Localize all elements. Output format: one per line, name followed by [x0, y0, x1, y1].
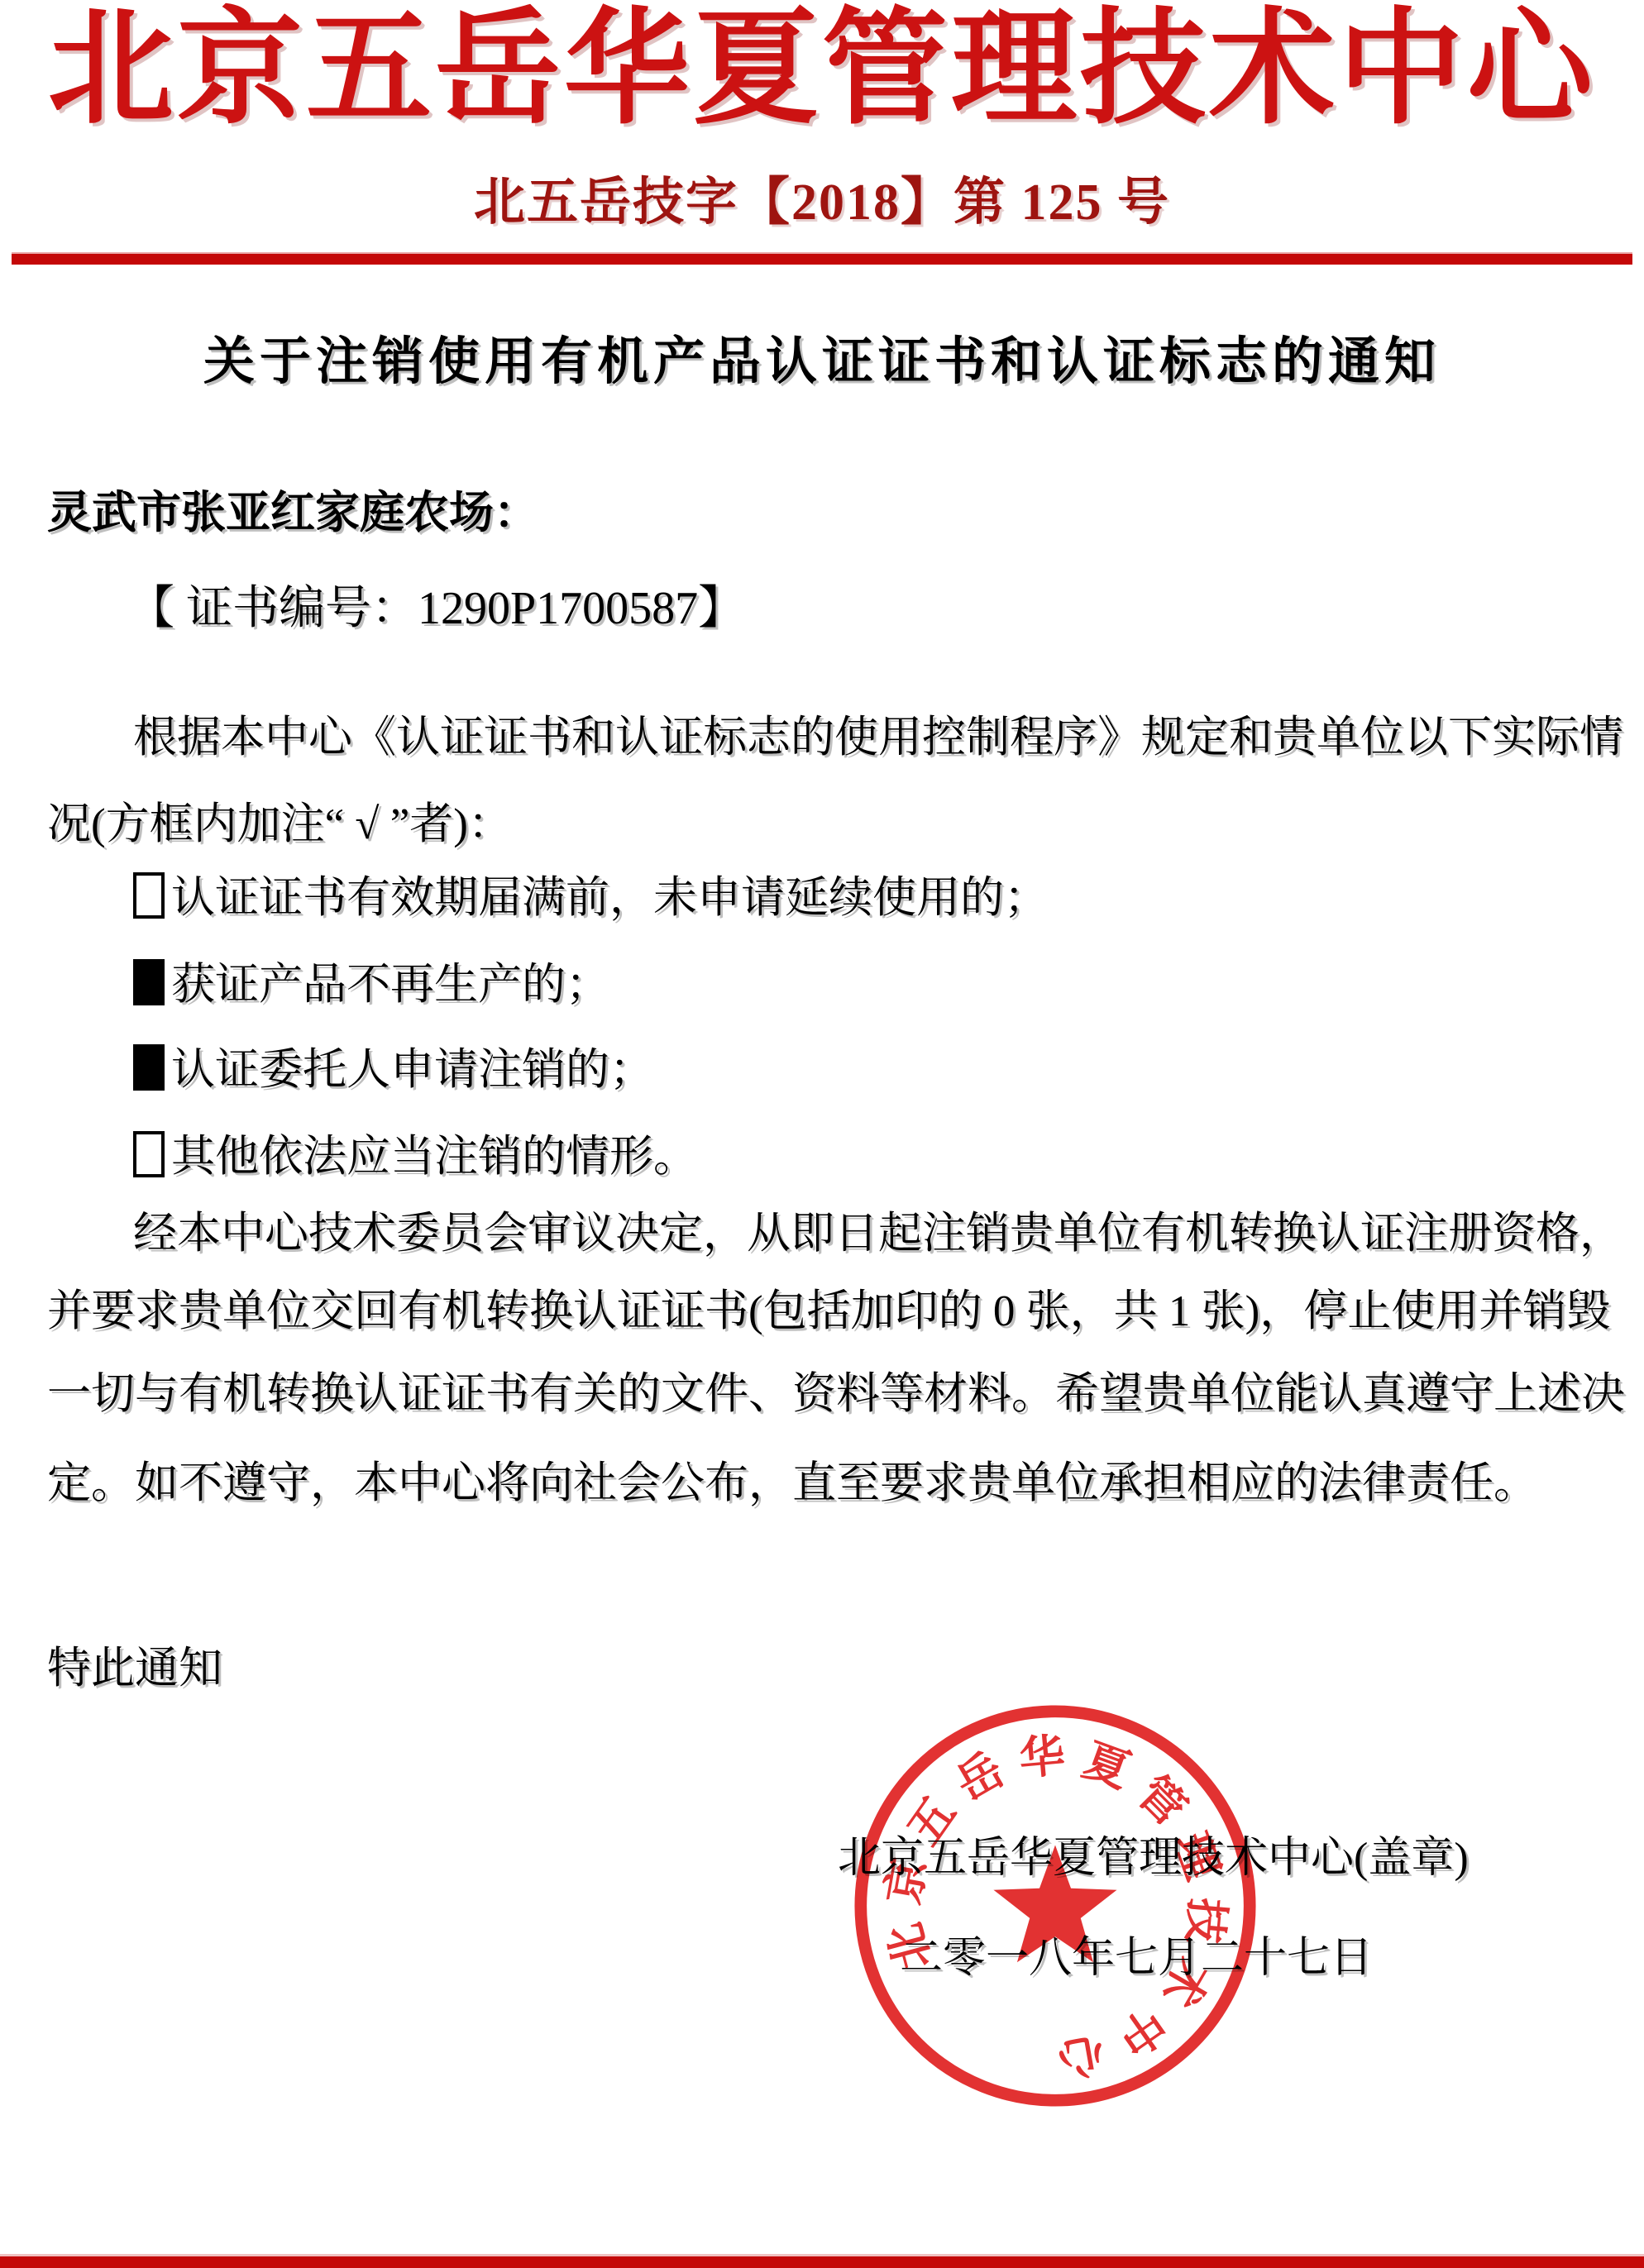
checkbox-icon — [133, 872, 165, 919]
checkbox-label: 认证证书有效期届满前，未申请延续使用的； — [171, 874, 1048, 922]
seal-char: 心 — [1053, 2027, 1108, 2085]
body-line-para2-3: 一切与有机转换认证证书有关的文件、资料等材料。希望贵单位能认真遵守上述决 — [47, 1364, 1625, 1424]
body-line-para2-1: 经本中心技术委员会审议决定，从即日起注销贵单位有机转换认证注册资格， — [133, 1204, 1623, 1263]
signature-line: 北京五岳华夏管理技术中心(盖章) — [838, 1831, 1469, 1886]
addressee: 灵武市张亚红家庭农场： — [47, 486, 538, 539]
checkbox-row: 其他依法应当注销的情形。 — [133, 1127, 697, 1187]
seal-char: 夏 — [1077, 1735, 1136, 1798]
footer-rule — [0, 2256, 1644, 2268]
document-number: 北五岳技字【2018】第 125 号 — [0, 170, 1644, 236]
seal-char: 岳 — [948, 1744, 1012, 1810]
body-line-para1-1: 根据本中心《认证证书和认证标志的使用控制程序》规定和贵单位以下实际情 — [133, 708, 1623, 767]
checkbox-row: 认证委托人申请注销的； — [133, 1040, 653, 1100]
checkbox-row: 获证产品不再生产的； — [133, 955, 609, 1015]
checkbox-icon — [133, 959, 165, 1005]
checkbox-icon — [133, 1044, 165, 1091]
body-line-para2-4: 定。如不遵守，本中心将向社会公布，直至要求贵单位承担相应的法律责任。 — [47, 1454, 1537, 1513]
seal-char: 中 — [1109, 1998, 1175, 2065]
seal-char: 管 — [1128, 1767, 1196, 1835]
checkbox-icon — [133, 1131, 165, 1177]
certificate-number-line: 【 证书编号：1290P1700587】 — [128, 579, 744, 638]
checkbox-row: 认证证书有效期届满前，未申请延续使用的； — [133, 868, 1048, 928]
letterhead-title: 北京五岳华夏管理技术中心 — [0, 0, 1644, 139]
document-page: 北京五岳华夏管理技术中心 北五岳技字【2018】第 125 号 关于注销使用有机… — [0, 0, 1644, 2268]
official-seal: 北京五岳华夏管理技术中心 — [848, 1703, 1262, 2108]
seal-char: 华 — [1017, 1731, 1067, 1785]
body-line-para2-2: 并要求贵单位交回有机转换认证证书(包括加印的 0 张，共 1 张)，停止使用并销… — [47, 1282, 1610, 1341]
checkbox-label: 获证产品不再生产的； — [171, 961, 609, 1009]
body-line-para1-2: 况(方框内加注“ √ ”者)： — [47, 795, 512, 854]
closing-phrase: 特此通知 — [47, 1639, 222, 1698]
signature-date: 二零一八年七月二十七日 — [900, 1931, 1373, 1986]
checkbox-label: 其他依法应当注销的情形。 — [171, 1133, 697, 1181]
checkbox-label: 认证委托人申请注销的； — [171, 1046, 653, 1094]
notice-title: 关于注销使用有机产品认证证书和认证标志的通知 — [0, 332, 1644, 392]
header-rule-divider — [12, 254, 1632, 265]
